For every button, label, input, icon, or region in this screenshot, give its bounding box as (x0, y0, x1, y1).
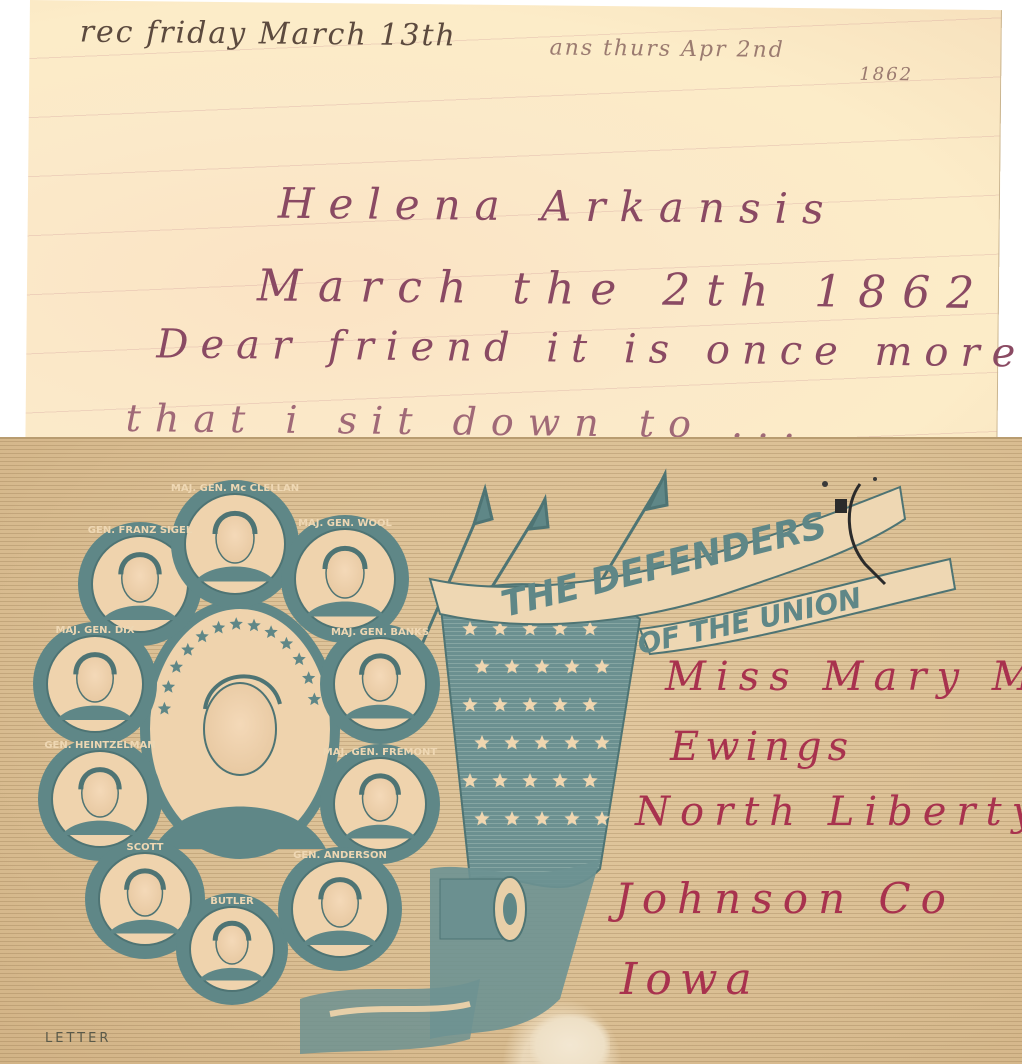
torn-spot (530, 1014, 610, 1064)
medallion-label: BUTLER (210, 896, 254, 907)
received-note: rec friday March 13th (79, 15, 457, 54)
medallion (320, 624, 440, 744)
year-note: 1862 (859, 64, 913, 86)
address-line-county: Johnson Co (615, 874, 956, 923)
letter-place: Helena Arkansis (278, 179, 838, 234)
medallion (281, 515, 409, 643)
medallion-label: GEN. FRANZ SIGEL (88, 525, 193, 536)
medallion-label: GEN. HEINTZELMAN (44, 740, 155, 751)
address-line-surname: Ewings (670, 724, 854, 770)
envelope: THE DEFENDERS OF THE UNION GEN. FRANZ SI… (0, 437, 1022, 1064)
medallion-label: MAJ. GEN. WOOL (298, 518, 392, 529)
cannon-icon (440, 877, 526, 941)
medallion-label: MAJ. GEN. Mc CLELLAN (171, 483, 299, 494)
address-line-state: Iowa (620, 954, 760, 1005)
medallion (171, 480, 299, 608)
medallion (320, 744, 440, 864)
letter-stamp-text: LETTER (45, 1031, 111, 1046)
letter-salutation: Dear friend it is once more (156, 321, 1022, 376)
answered-note: ans thurs Apr 2nd (549, 35, 785, 62)
postmark (815, 464, 895, 594)
letter-date: March the 2th 1862 (257, 260, 991, 319)
medallion-label: MAJ. GEN. BANKS (331, 627, 429, 638)
address-line-name: Miss Mary M (665, 654, 1022, 700)
medallion (278, 847, 402, 971)
medallion-label: MAJ. GEN. FREMONT (323, 747, 438, 758)
medallion-label: GEN. ANDERSON (293, 850, 387, 861)
medallion (33, 622, 157, 746)
medallion (176, 893, 288, 1005)
address-line-town: North Liberty (635, 789, 1022, 835)
medallion-label: MAJ. GEN. DIX (55, 625, 134, 636)
letter-sheet: rec friday March 13th ans thurs Apr 2nd … (25, 0, 1002, 480)
medallion-label: SCOTT (127, 842, 164, 853)
